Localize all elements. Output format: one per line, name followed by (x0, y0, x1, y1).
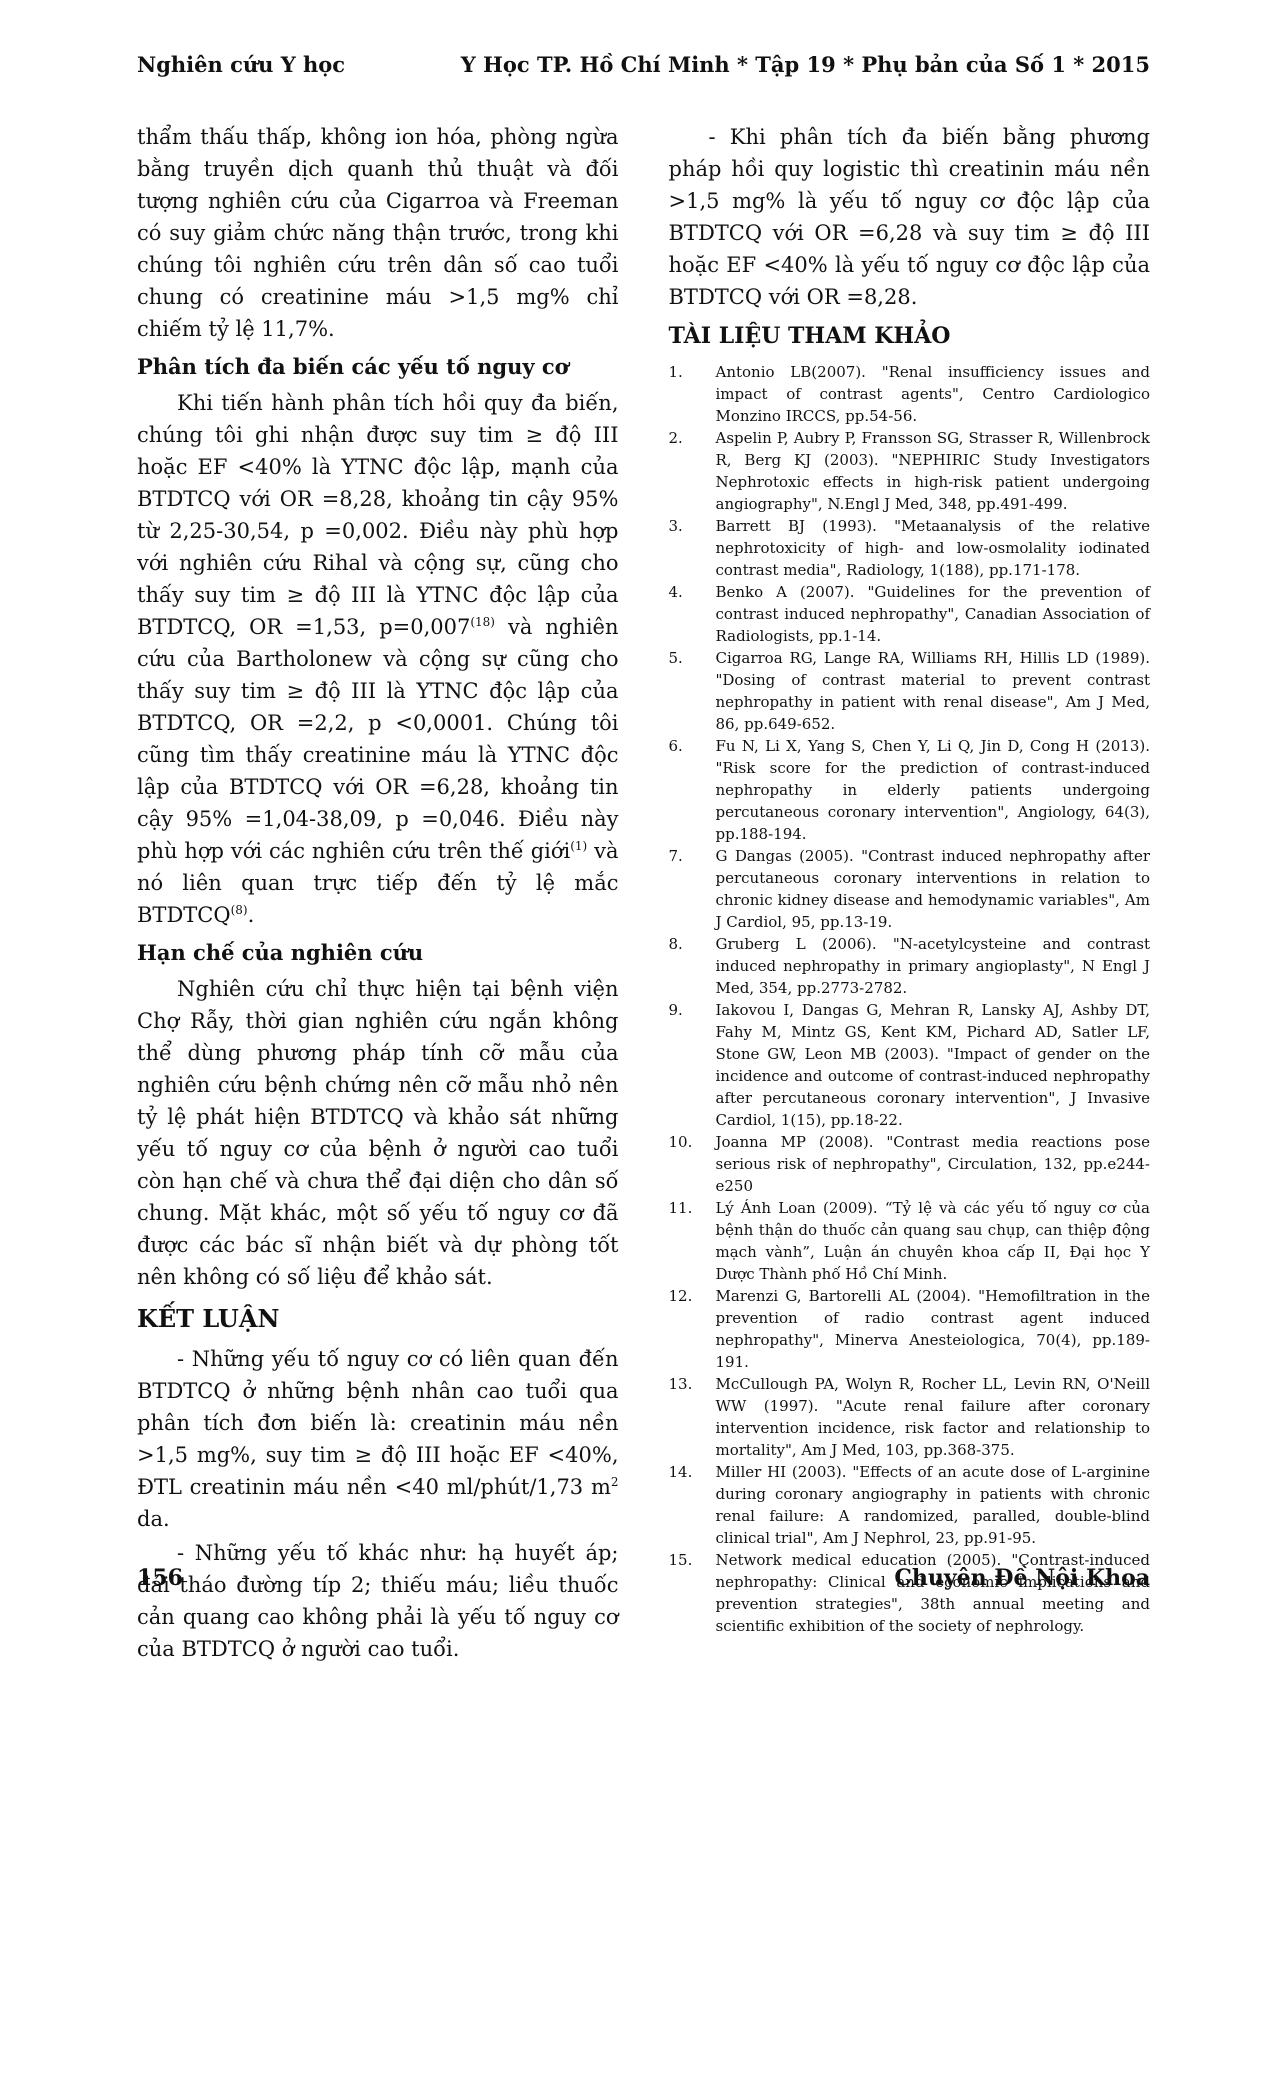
reference-item: 5.Cigarroa RG, Lange RA, Williams RH, Hi… (669, 647, 1151, 735)
right-column: - Khi phân tích đa biến bằng phương pháp… (669, 121, 1151, 1667)
reference-number: 15. (669, 1549, 716, 1637)
reference-number: 6. (669, 735, 716, 845)
reference-text: Aspelin P, Aubry P, Fransson SG, Strasse… (716, 427, 1151, 515)
reference-number: 7. (669, 845, 716, 933)
reference-number: 12. (669, 1285, 716, 1373)
reference-text: Antonio LB(2007). "Renal insufficiency i… (716, 361, 1151, 427)
reference-number: 2. (669, 427, 716, 515)
section-heading-limitations: Hạn chế của nghiên cứu (137, 938, 619, 968)
page-footer: 156 Chuyên Đề Nội Khoa (102, 1565, 1150, 1591)
reference-number: 11. (669, 1197, 716, 1285)
reference-item: 1.Antonio LB(2007). "Renal insufficiency… (669, 361, 1151, 427)
running-head-right: Y Học TP. Hồ Chí Minh * Tập 19 * Phụ bản… (461, 52, 1150, 77)
paragraph-intro-continuation: thẩm thấu thấp, không ion hóa, phòng ngừ… (137, 121, 619, 345)
reference-item: 9.Iakovou I, Dangas G, Mehran R, Lansky … (669, 999, 1151, 1131)
reference-number: 4. (669, 581, 716, 647)
section-heading-references: TÀI LIỆU THAM KHẢO (669, 321, 1151, 351)
reference-text: Benko A (2007). "Guidelines for the prev… (716, 581, 1151, 647)
running-head: Nghiên cứu Y học Y Học TP. Hồ Chí Minh *… (137, 52, 1150, 77)
reference-text: Miller HI (2003). "Effects of an acute d… (716, 1461, 1151, 1549)
reference-text: Cigarroa RG, Lange RA, Williams RH, Hill… (716, 647, 1151, 735)
reference-text: Barrett BJ (1993). "Metaanalysis of the … (716, 515, 1151, 581)
left-column: thẩm thấu thấp, không ion hóa, phòng ngừ… (137, 121, 619, 1667)
reference-number: 9. (669, 999, 716, 1131)
reference-item: 13.McCullough PA, Wolyn R, Rocher LL, Le… (669, 1373, 1151, 1461)
reference-item: 14.Miller HI (2003). "Effects of an acut… (669, 1461, 1151, 1549)
citation-superscript-18: (18) (470, 615, 495, 629)
paragraph-multivariate-conclusion: - Khi phân tích đa biến bằng phương pháp… (669, 121, 1151, 313)
section-heading-conclusion: KẾT LUẬN (137, 1303, 619, 1335)
paragraph-conclusion-univariate: - Những yếu tố nguy cơ có liên quan đến … (137, 1343, 619, 1535)
reference-item: 4.Benko A (2007). "Guidelines for the pr… (669, 581, 1151, 647)
reference-number: 1. (669, 361, 716, 427)
conclusion-text-2: da. (137, 1507, 170, 1531)
reference-item: 8.Gruberg L (2006). "N-acetylcysteine an… (669, 933, 1151, 999)
reference-item: 11.Lý Ánh Loan (2009). “Tỷ lệ và các yếu… (669, 1197, 1151, 1285)
reference-text: G Dangas (2005). "Contrast induced nephr… (716, 845, 1151, 933)
section-heading-multivariate: Phân tích đa biến các yếu tố nguy cơ (137, 352, 619, 382)
paragraph-conclusion-other-factors: - Những yếu tố khác như: hạ huyết áp; đá… (137, 1537, 619, 1665)
reference-item: 3.Barrett BJ (1993). "Metaanalysis of th… (669, 515, 1151, 581)
page-content: Nghiên cứu Y học Y Học TP. Hồ Chí Minh *… (137, 0, 1150, 1667)
paragraph-multivariate-analysis: Khi tiến hành phân tích hồi quy đa biến,… (137, 387, 619, 931)
footer-section-title: Chuyên Đề Nội Khoa (894, 1565, 1150, 1591)
reference-item: 7.G Dangas (2005). "Contrast induced nep… (669, 845, 1151, 933)
paragraph-limitations: Nghiên cứu chỉ thực hiện tại bệnh viện C… (137, 973, 619, 1293)
running-head-left: Nghiên cứu Y học (137, 52, 345, 77)
reference-text: Marenzi G, Bartorelli AL (2004). "Hemofi… (716, 1285, 1151, 1373)
reference-text: Joanna MP (2008). "Contrast media reacti… (716, 1131, 1151, 1197)
multivariate-text-2: và nghiên cứu của Bartholonew và cộng sự… (137, 615, 619, 863)
reference-number: 13. (669, 1373, 716, 1461)
reference-item: 10.Joanna MP (2008). "Contrast media rea… (669, 1131, 1151, 1197)
reference-item: 6.Fu N, Li X, Yang S, Chen Y, Li Q, Jin … (669, 735, 1151, 845)
reference-list: 1.Antonio LB(2007). "Renal insufficiency… (669, 361, 1151, 1637)
reference-number: 3. (669, 515, 716, 581)
reference-text: Gruberg L (2006). "N-acetylcysteine and … (716, 933, 1151, 999)
reference-item: 12.Marenzi G, Bartorelli AL (2004). "Hem… (669, 1285, 1151, 1373)
reference-text: Iakovou I, Dangas G, Mehran R, Lansky AJ… (716, 999, 1151, 1131)
reference-text: Fu N, Li X, Yang S, Chen Y, Li Q, Jin D,… (716, 735, 1151, 845)
reference-number: 8. (669, 933, 716, 999)
page-number: 156 (137, 1565, 183, 1591)
reference-item: 15.Network medical education (2005). "Co… (669, 1549, 1151, 1637)
reference-number: 5. (669, 647, 716, 735)
multivariate-text-1: Khi tiến hành phân tích hồi quy đa biến,… (137, 391, 619, 639)
two-column-body: thẩm thấu thấp, không ion hóa, phòng ngừ… (137, 121, 1150, 1667)
squared-superscript: 2 (611, 1475, 619, 1489)
reference-item: 2.Aspelin P, Aubry P, Fransson SG, Stras… (669, 427, 1151, 515)
reference-number: 10. (669, 1131, 716, 1197)
reference-text: Network medical education (2005). "Contr… (716, 1549, 1151, 1637)
journal-page: Nghiên cứu Y học Y Học TP. Hồ Chí Minh *… (0, 0, 1274, 2099)
citation-superscript-8: (8) (231, 903, 248, 917)
reference-number: 14. (669, 1461, 716, 1549)
multivariate-text-4: . (248, 903, 255, 927)
reference-text: McCullough PA, Wolyn R, Rocher LL, Levin… (716, 1373, 1151, 1461)
conclusion-text-1: - Những yếu tố nguy cơ có liên quan đến … (137, 1347, 619, 1499)
reference-text: Lý Ánh Loan (2009). “Tỷ lệ và các yếu tố… (716, 1197, 1151, 1285)
citation-superscript-1: (1) (570, 839, 587, 853)
